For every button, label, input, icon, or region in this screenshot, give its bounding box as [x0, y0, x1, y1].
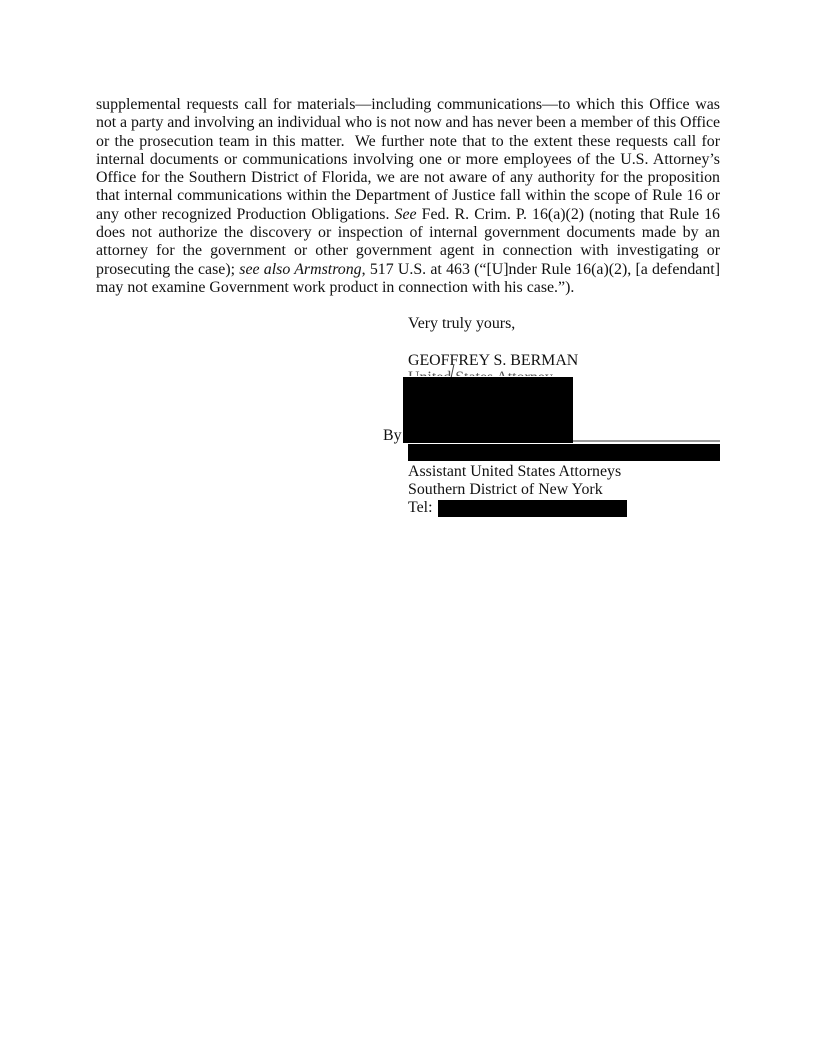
letter-body-paragraph: supplemental requests call for materials… [96, 96, 720, 297]
tel-label: Tel: [408, 499, 432, 517]
body-line: may not examine Government work product … [96, 279, 720, 297]
attorney-title: Assistant United States Attorneys [408, 463, 621, 481]
letter-page: supplemental requests call for materials… [0, 0, 816, 1056]
signatory-name: GEOFFREY S. BERMAN [408, 352, 578, 370]
redacted-signature [403, 377, 573, 443]
body-line: internal documents or communications inv… [96, 151, 720, 169]
closing-salutation: Very truly yours, [408, 315, 515, 333]
redacted-phone-number [438, 500, 627, 517]
body-line: Office for the Southern District of Flor… [96, 169, 720, 187]
body-line: supplemental requests call for materials… [96, 96, 720, 114]
body-line: that internal communications within the … [96, 187, 720, 205]
redacted-attorney-names [408, 444, 720, 461]
signature-line [573, 440, 720, 442]
body-line: or the prosecution team in this matter. … [96, 133, 720, 151]
body-line: does not authorize the discovery or insp… [96, 224, 720, 242]
body-line: attorney for the government or other gov… [96, 242, 720, 260]
by-label: By [383, 427, 402, 445]
signatory-title-obscured: United States Attorney [408, 369, 578, 376]
body-line: not a party and involving an individual … [96, 114, 720, 132]
district-line: Southern District of New York [408, 481, 603, 499]
body-line: prosecuting the case); see also Armstron… [96, 261, 720, 279]
body-line: any other recognized Production Obligati… [96, 206, 720, 224]
